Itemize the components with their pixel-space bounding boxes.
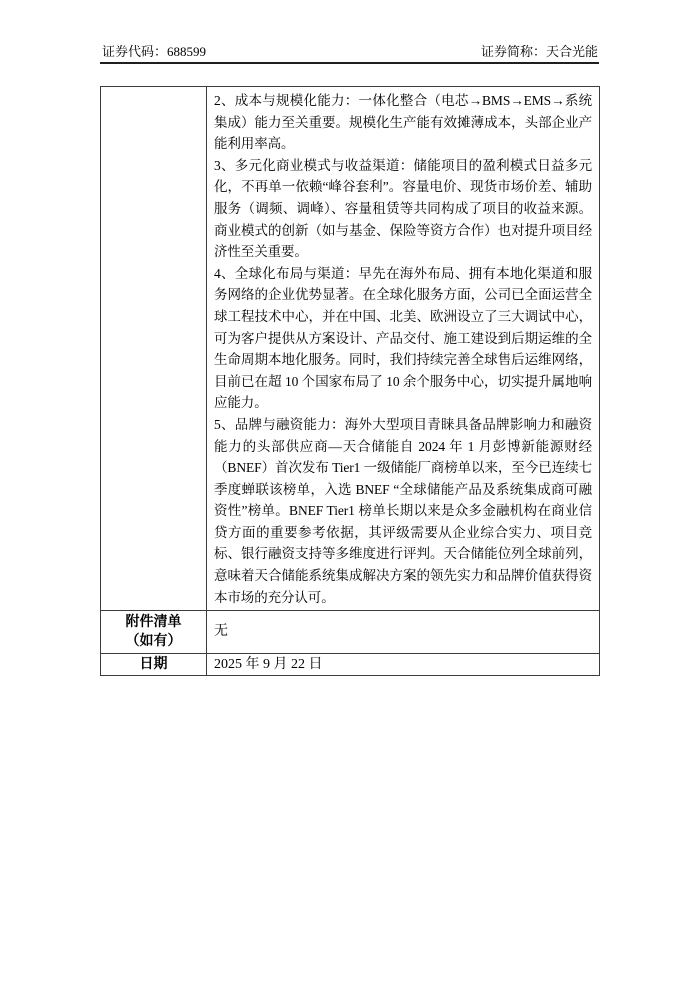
table-row-date: 日期 2025 年 9 月 22 日 xyxy=(101,654,600,676)
attachment-label-line2: （如有） xyxy=(103,632,204,651)
content-paragraph-global-layout: 4、全球化布局与渠道：早先在海外布局、拥有本地化渠道和服务网络的企业优势显著。在… xyxy=(214,263,592,414)
attachment-label-cell: 附件清单 （如有） xyxy=(101,611,207,654)
security-name-label: 证券简称：天合光能 xyxy=(481,44,598,60)
main-label-cell-empty xyxy=(101,87,207,611)
table-row-attachments: 附件清单 （如有） 无 xyxy=(101,611,600,654)
content-paragraph-cost-scale: 2、成本与规模化能力：一体化整合（电芯→BMS→EMS→系统集成）能力至关重要。… xyxy=(214,90,592,155)
table-row-main: 2、成本与规模化能力：一体化整合（电芯→BMS→EMS→系统集成）能力至关重要。… xyxy=(101,87,600,611)
disclosure-table: 2、成本与规模化能力：一体化整合（电芯→BMS→EMS→系统集成）能力至关重要。… xyxy=(100,86,600,676)
content-paragraph-brand-financing: 5、品牌与融资能力：海外大型项目青睐具备品牌影响力和融资能力的头部供应商—天合储… xyxy=(214,414,592,608)
document-header: 证券代码：688599 证券简称：天合光能 xyxy=(102,44,598,60)
header-rule-divider xyxy=(100,62,599,64)
attachment-value-cell: 无 xyxy=(207,611,600,654)
date-value-cell: 2025 年 9 月 22 日 xyxy=(207,654,600,676)
security-code-label: 证券代码：688599 xyxy=(102,44,206,60)
attachment-label-line1: 附件清单 xyxy=(103,613,204,632)
main-content-cell: 2、成本与规模化能力：一体化整合（电芯→BMS→EMS→系统集成）能力至关重要。… xyxy=(207,87,600,611)
date-label-cell: 日期 xyxy=(101,654,207,676)
content-paragraph-business-model: 3、多元化商业模式与收益渠道：储能项目的盈利模式日益多元化，不再单一依赖“峰谷套… xyxy=(214,155,592,263)
document-page: 证券代码：688599 证券简称：天合光能 2、成本与规模化能力：一体化整合（电… xyxy=(0,0,700,989)
